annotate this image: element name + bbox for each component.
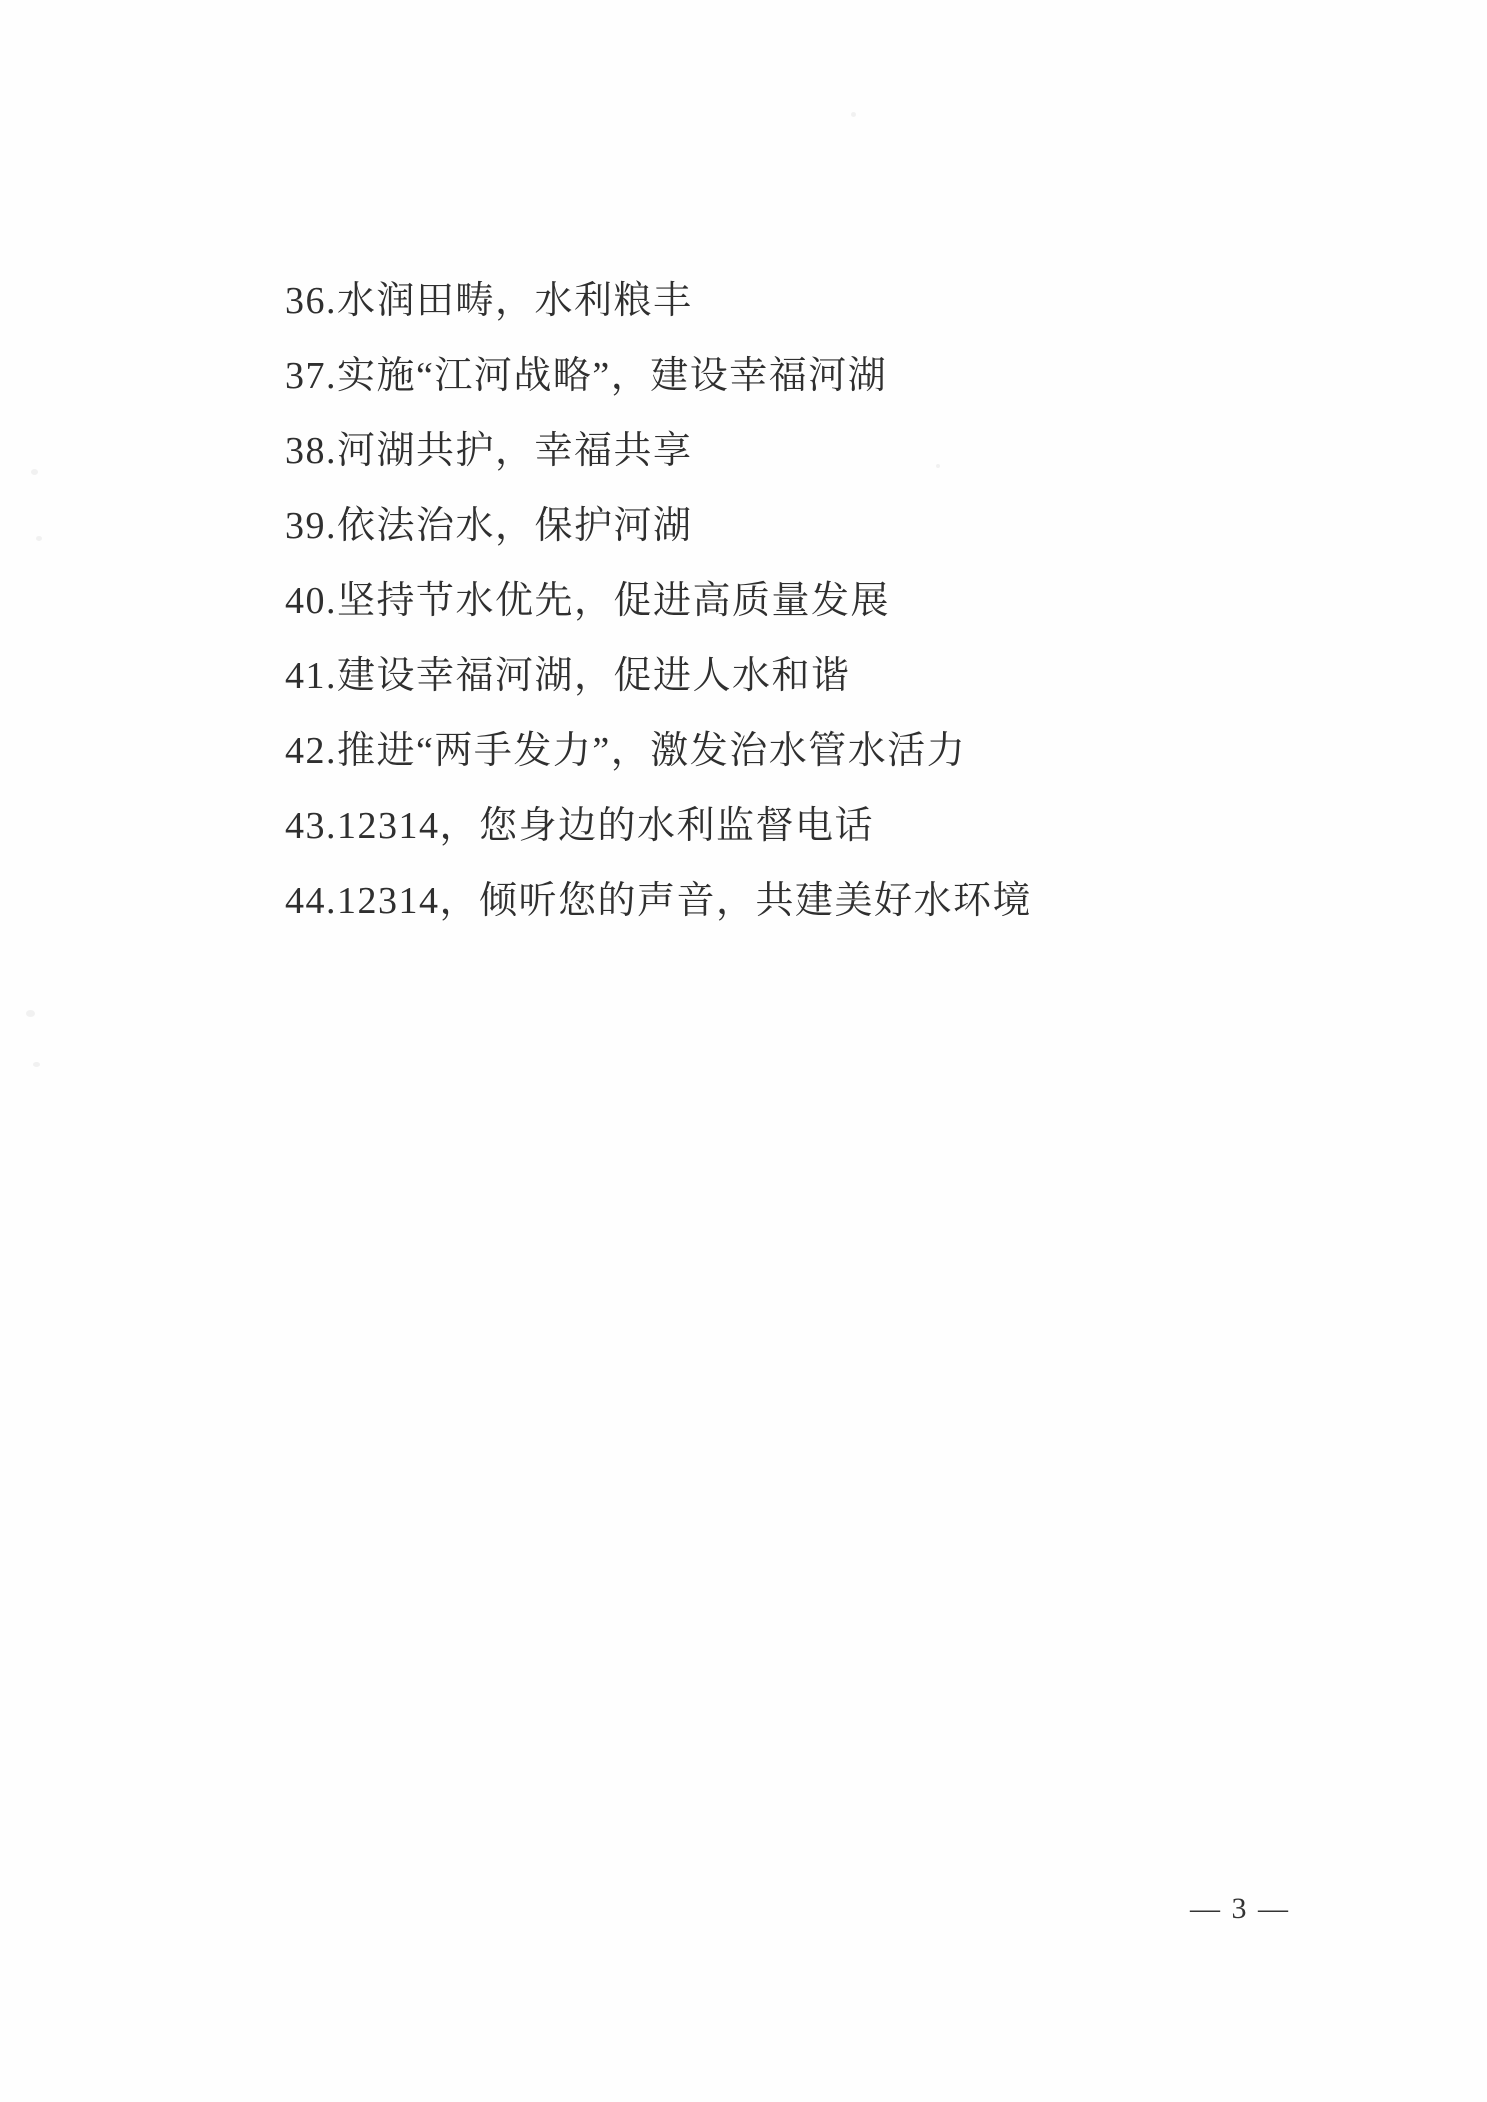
slogan-line-39: 39.依法治水，保护河湖: [285, 484, 1032, 559]
scan-speck: [26, 1010, 35, 1017]
scan-speck: [851, 112, 856, 117]
scan-speck: [936, 464, 940, 468]
slogan-line-37: 37.实施“江河战略”，建设幸福河湖: [285, 334, 1032, 409]
slogan-line-36: 36.水润田畴，水利粮丰: [285, 259, 1032, 334]
scan-speck: [36, 536, 42, 541]
scan-speck: [31, 469, 38, 475]
slogan-line-40: 40.坚持节水优先，促进高质量发展: [285, 559, 1032, 634]
slogan-line-41: 41.建设幸福河湖，促进人水和谐: [285, 634, 1032, 709]
slogan-line-42: 42.推进“两手发力”，激发治水管水活力: [285, 709, 1032, 784]
slogan-line-44: 44.12314，倾听您的声音，共建美好水环境: [285, 859, 1032, 934]
slogan-line-43: 43.12314，您身边的水利监督电话: [285, 784, 1032, 859]
scan-speck: [33, 1062, 40, 1067]
page-number: — 3 —: [1190, 1892, 1290, 1926]
slogan-line-38: 38.河湖共护，幸福共享: [285, 409, 1032, 484]
slogan-list: 36.水润田畴，水利粮丰 37.实施“江河战略”，建设幸福河湖 38.河湖共护，…: [285, 259, 1032, 934]
document-page: 36.水润田畴，水利粮丰 37.实施“江河战略”，建设幸福河湖 38.河湖共护，…: [0, 0, 1487, 2102]
